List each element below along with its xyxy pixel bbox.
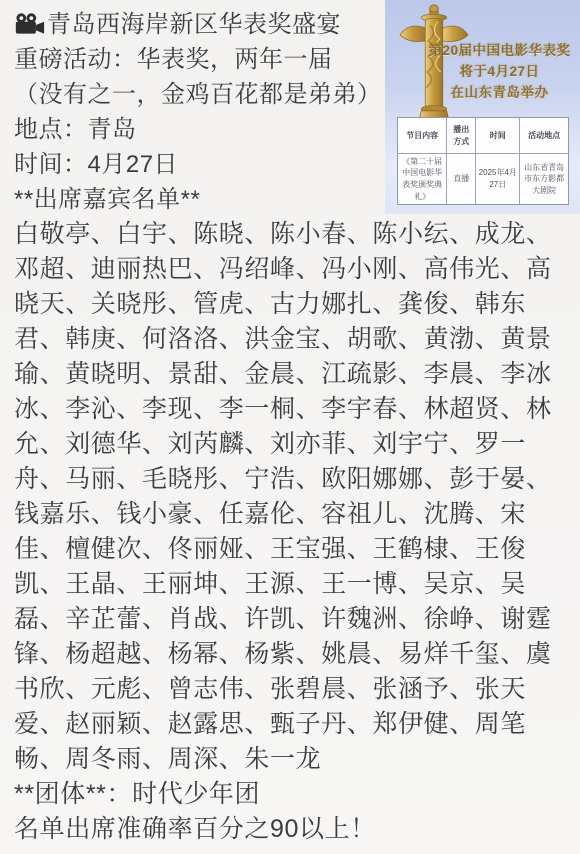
post-title-text: 青岛西海岸新区华表奖盛宴 <box>47 7 341 42</box>
date-line: 时间：4月27日 <box>14 147 386 182</box>
post-page: 第20届中国电影华表奖 将于4月27日 在山东青岛举办 节目内容 播出方式 时间… <box>0 0 580 854</box>
movie-camera-icon <box>14 12 45 37</box>
post-content: 青岛西海岸新区华表奖盛宴 重磅活动：华表奖，两年一届 （没有之一，金鸡百花都是弟… <box>0 0 580 847</box>
group-line: **团体**：时代少年团 <box>14 777 566 812</box>
guest-section-title: **出席嘉宾名单** <box>14 182 386 217</box>
guest-list: 白敬亭、白宇、陈晓、陈小春、陈小纭、成龙、邓超、迪丽热巴、冯绍峰、冯小刚、高伟光… <box>14 217 566 777</box>
accuracy-note: 名单出席准确率百分之90以上！ <box>14 812 566 847</box>
activity-line: 重磅活动：华表奖，两年一届 <box>14 42 386 77</box>
remark-line: （没有之一，金鸡百花都是弟弟） <box>14 77 386 112</box>
post-title: 青岛西海岸新区华表奖盛宴 <box>14 7 386 42</box>
location-line: 地点：青岛 <box>14 112 386 147</box>
